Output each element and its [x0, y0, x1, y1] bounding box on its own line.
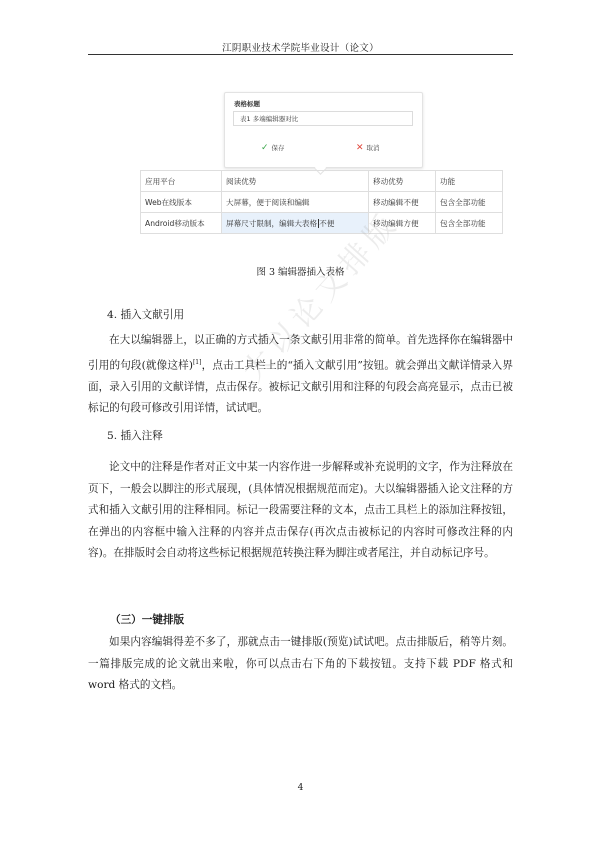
cell-text: 屏幕尺寸限制，编辑大表格: [226, 219, 317, 228]
page-header-title: 江阴职业技术学院毕业设计（论文）: [88, 40, 513, 54]
section-heading-4: 4. 插入文献引用: [107, 307, 184, 322]
header-divider: [88, 54, 513, 55]
figure-caption: 图 3 编辑器插入表格: [88, 264, 513, 278]
cell-text-tail: 不便: [319, 219, 334, 228]
section-body-3: 如果内容编辑得差不多了，那就点击一键排版(预览)试试吧。点击排版后，稍等片刻。一…: [88, 632, 513, 697]
close-icon: ✕: [356, 144, 364, 152]
table-cell[interactable]: 应用平台: [141, 171, 222, 192]
cancel-button[interactable]: ✕ 取消: [356, 143, 380, 152]
table-title-popover: 表格标题 表1 多端编辑器对比 ✓ 保存 ✕ 取消: [224, 92, 423, 168]
section-heading-3: （三）一键排版: [110, 612, 184, 627]
save-button[interactable]: ✓ 保存: [261, 143, 285, 152]
table-row: Android移动版本 屏幕尺寸限制，编辑大表格不便 移动编辑方便 包含全部功能: [141, 213, 503, 234]
table-row: Web在线版本 大屏幕，便于阅读和编辑 移动编辑不便 包含全部功能: [141, 192, 503, 213]
comparison-table: 应用平台 阅读优势 移动优势 功能 Web在线版本 大屏幕，便于阅读和编辑 移动…: [140, 170, 503, 234]
table-cell[interactable]: 包含全部功能: [436, 213, 503, 234]
figure-editor-insert-table: 表格标题 表1 多端编辑器对比 ✓ 保存 ✕ 取消 应用平台 阅读优势 移动优势…: [120, 88, 515, 248]
table-cell[interactable]: 包含全部功能: [436, 192, 503, 213]
paragraph: 论文中的注释是作者对正文中某一内容作进一步解释或补充说明的文字，作为注释放在页下…: [88, 457, 513, 565]
table-header-row: 应用平台 阅读优势 移动优势 功能: [141, 171, 503, 192]
selected-table-cell[interactable]: 屏幕尺寸限制，编辑大表格不便: [222, 213, 369, 234]
table-cell[interactable]: 阅读优势: [222, 171, 369, 192]
cancel-label: 取消: [367, 143, 380, 152]
table-cell[interactable]: Android移动版本: [141, 213, 222, 234]
check-icon: ✓: [261, 144, 269, 152]
paragraph: 在大以编辑器上，以正确的方式插入一条文献引用非常的简单。首先选择你在编辑器中引用…: [88, 330, 513, 420]
table-cell[interactable]: 移动编辑方便: [369, 213, 436, 234]
table-title-label: 表格标题: [234, 99, 260, 108]
section-body-4: 在大以编辑器上，以正确的方式插入一条文献引用非常的简单。首先选择你在编辑器中引用…: [88, 330, 513, 420]
save-label: 保存: [272, 143, 285, 152]
table-cell[interactable]: 功能: [436, 171, 503, 192]
paragraph: 如果内容编辑得差不多了，那就点击一键排版(预览)试试吧。点击排版后，稍等片刻。一…: [88, 632, 513, 697]
page-number: 4: [88, 783, 513, 793]
section-body-5: 论文中的注释是作者对正文中某一内容作进一步解释或补充说明的文字，作为注释放在页下…: [88, 457, 513, 565]
table-cell[interactable]: 移动编辑不便: [369, 192, 436, 213]
table-cell[interactable]: Web在线版本: [141, 192, 222, 213]
table-cell[interactable]: 大屏幕，便于阅读和编辑: [222, 192, 369, 213]
table-cell[interactable]: 移动优势: [369, 171, 436, 192]
table-title-input[interactable]: 表1 多端编辑器对比: [233, 111, 413, 126]
section-heading-5: 5. 插入注释: [107, 428, 163, 443]
